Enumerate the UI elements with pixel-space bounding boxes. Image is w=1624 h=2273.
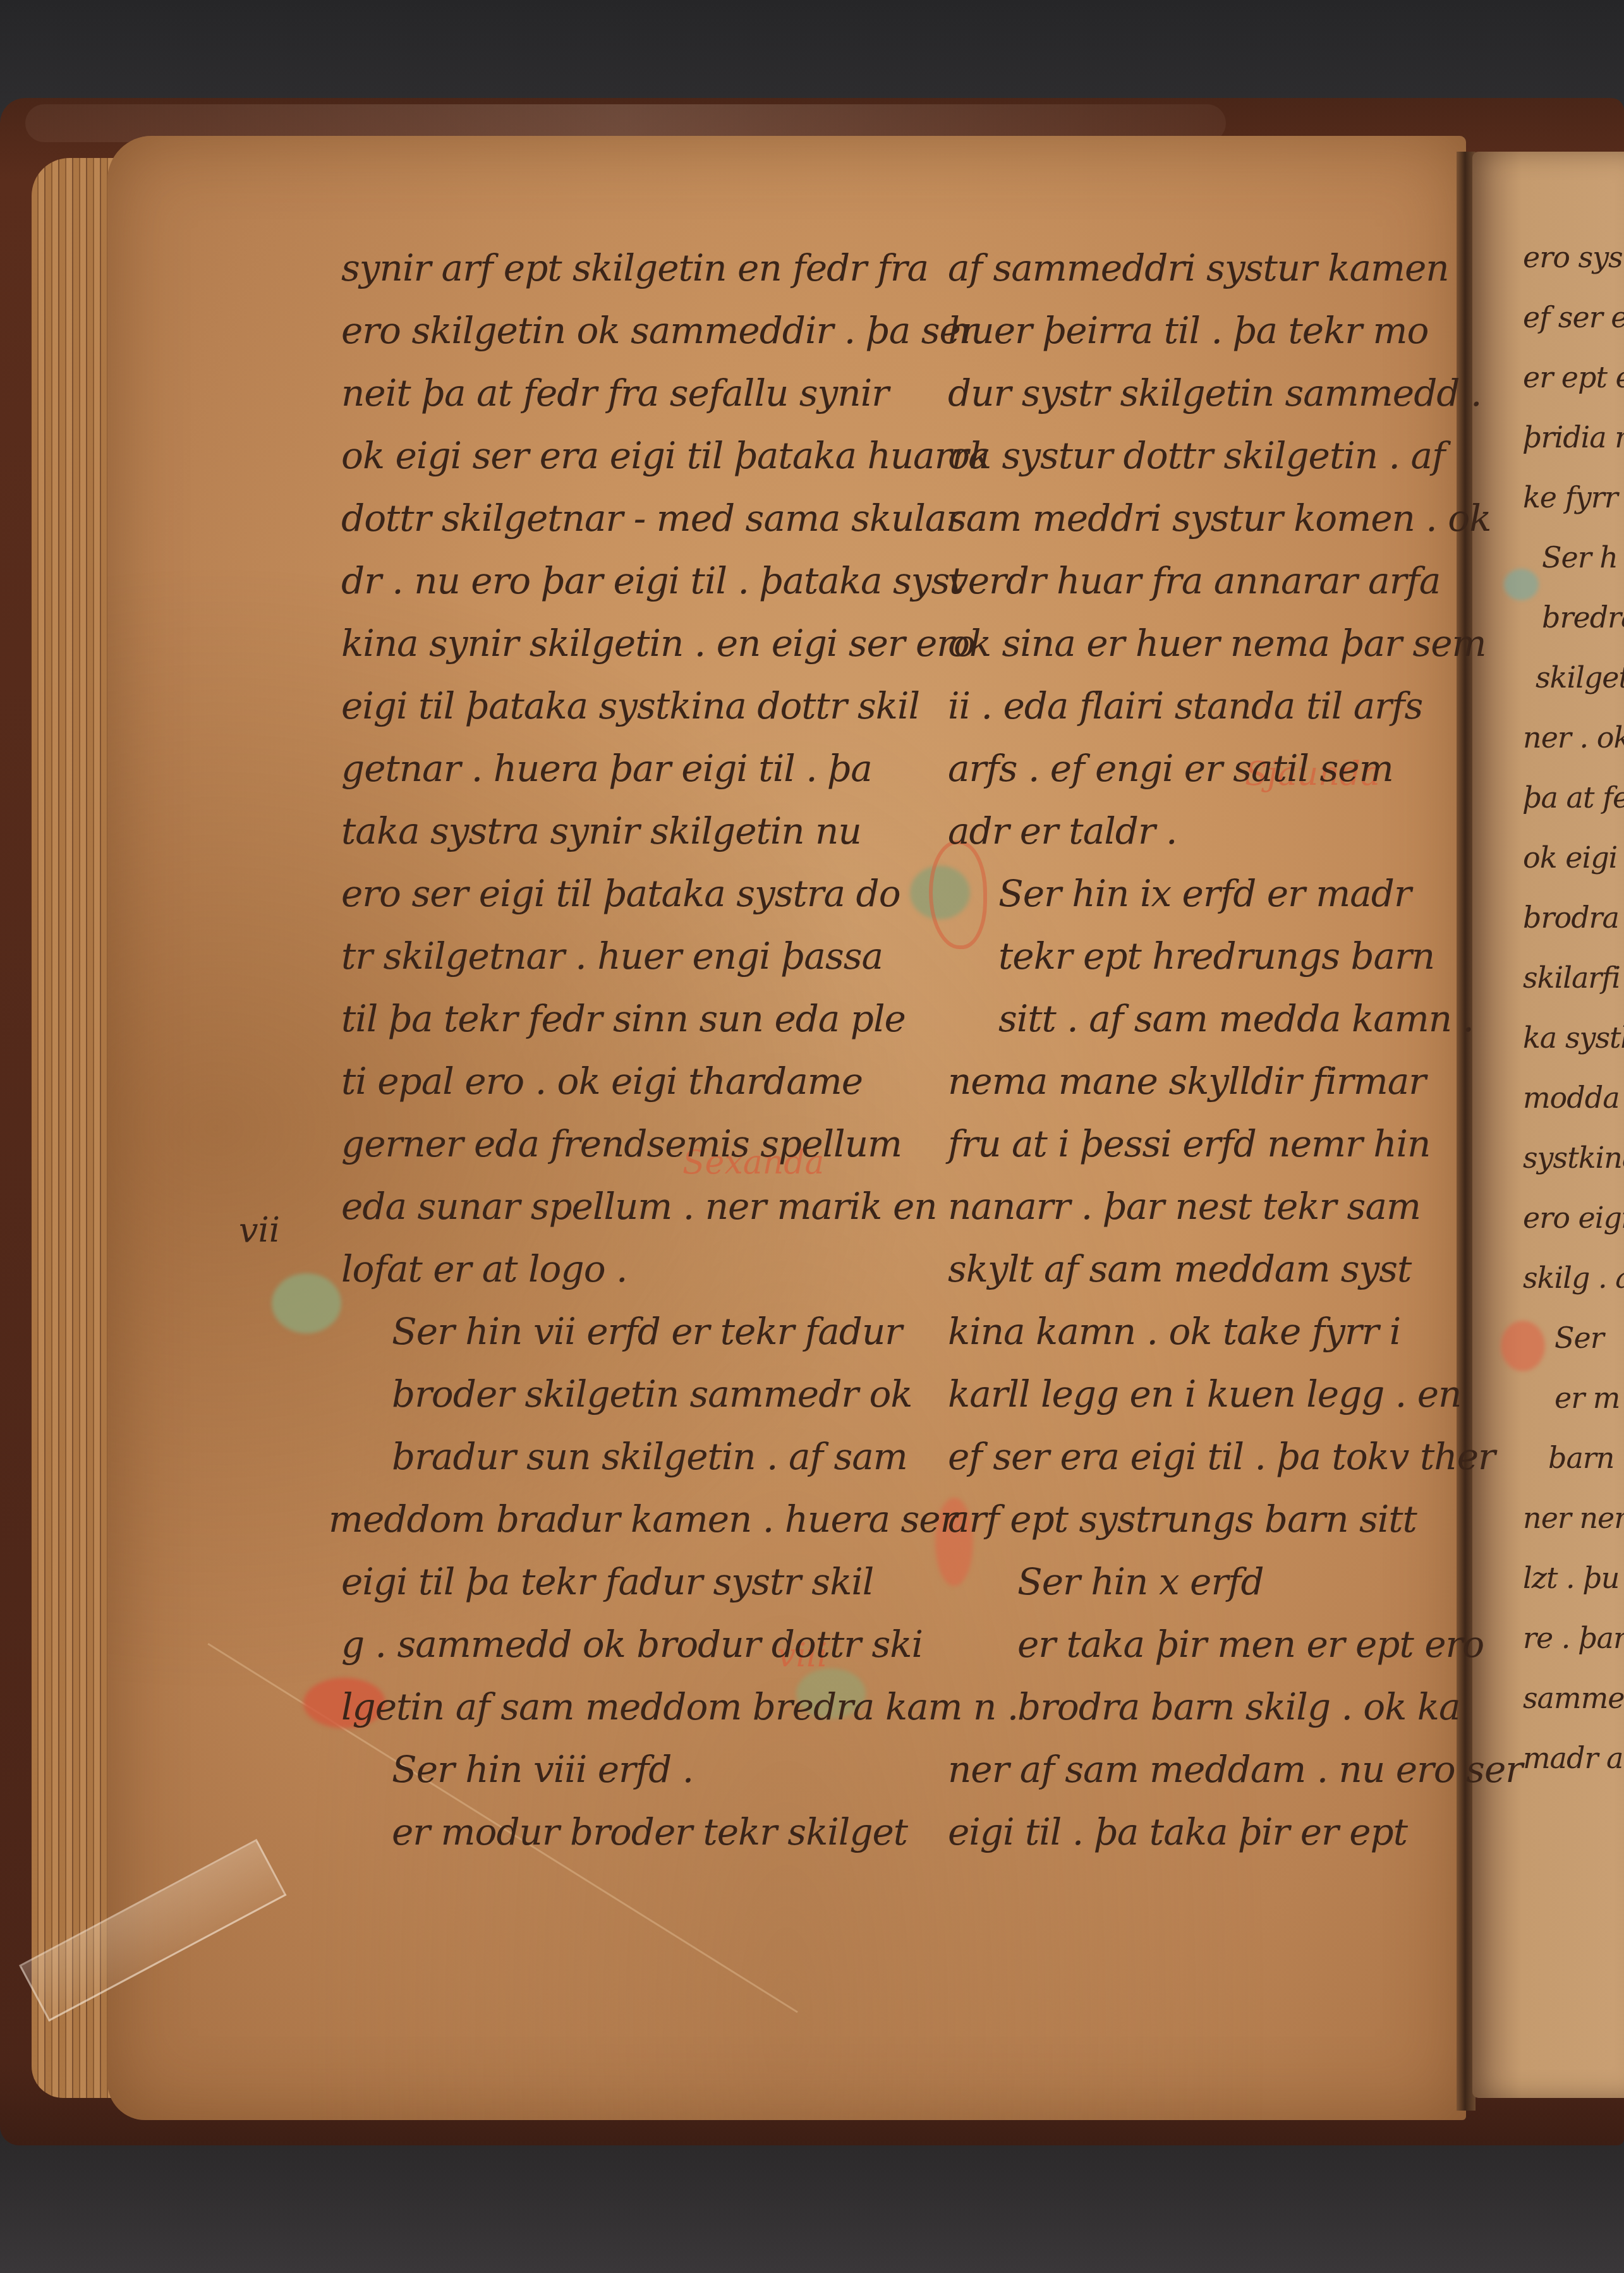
text-line: brodra d (1523, 888, 1624, 948)
text-line: ok systur dottr skilgetin . af (948, 425, 1522, 487)
section-heading-line: Ser hin viii erfd . (341, 1738, 1018, 1801)
section-heading-line: Ser hin vii erfd er tekr fadur (341, 1300, 1018, 1363)
text-line: skilg . af (1523, 1248, 1624, 1308)
text-line: ok eigi ser era eigi til þataka huarra (341, 425, 1018, 487)
text-line: tr skilgetnar . huer engi þassa (341, 925, 1018, 988)
text-line: adr er taldr . (948, 800, 1522, 863)
green-initial-blot (272, 1273, 341, 1333)
text-line: arf ept systrungs barn sitt (948, 1488, 1522, 1551)
text-line: er taka þir men er ept ero (948, 1613, 1522, 1676)
text-line: bradur sun skilgetin . af sam (341, 1426, 1018, 1488)
text-line: madr a (1523, 1728, 1624, 1788)
text-line: dottr skilgetnar - med sama skular (341, 487, 1018, 550)
text-line: skilarfi (1523, 948, 1624, 1008)
text-line: skilgetin (1523, 648, 1624, 708)
text-line: skylt af sam meddam syst (948, 1238, 1522, 1300)
text-line: sam meddri systur komen . ok (948, 487, 1522, 550)
text-line: þridia m (1523, 408, 1624, 468)
text-line: neit þa at fedr fra sefallu synir (341, 362, 1018, 425)
section-heading-line: Ser hin x erfd (948, 1551, 1522, 1613)
text-line: ti epal ero . ok eigi thardame (341, 1050, 1018, 1113)
margin-numeral: vii (239, 1210, 280, 1250)
text-line: dur systr skilgetin sammedd . (948, 362, 1522, 425)
text-line: nema mane skylldir firmar (948, 1050, 1522, 1113)
text-line: brodra barn skilg . ok ka (948, 1676, 1522, 1738)
text-line: ii . eda flairi standa til arfs (948, 675, 1522, 737)
text-line: ok sina er huer nema þar sem (948, 612, 1522, 675)
text-line: synir arf ept skilgetin en fedr fra (341, 237, 1018, 300)
text-line: fru at i þessi erfd nemr hin (948, 1113, 1522, 1175)
text-line: gerner eda frendsemis spellum (341, 1113, 1018, 1175)
text-line: arfs . ef engi er satil sem (948, 737, 1522, 800)
text-line: af sammeddri systur kamen (948, 237, 1522, 300)
text-line: ef ser era eigi til . þa tokv ther (948, 1426, 1522, 1488)
section-heading-line: Ser hin ix erfd er madr (948, 863, 1522, 925)
text-line: kina kamn . ok take fyrr i (948, 1300, 1522, 1363)
text-line: karll legg en i kuen legg . en (948, 1363, 1522, 1426)
text-column-left: synir arf ept skilgetin en fedr fra ero … (341, 237, 1018, 1864)
text-line: ner nem (1523, 1488, 1624, 1548)
text-line: eigi til . þa taka þir er ept (948, 1801, 1522, 1864)
text-line: ok eigi ser (1523, 828, 1624, 888)
text-line: barn (1523, 1428, 1624, 1488)
text-line: eigi til þataka systkina dottr skil (341, 675, 1018, 737)
text-line: ero syst (1523, 227, 1624, 288)
text-line: taka systra synir skilgetin nu (341, 800, 1018, 863)
text-line: er modur broder tekr skilget (341, 1801, 1018, 1864)
text-line: lgetin af sam meddom bredra kam n . (341, 1676, 1018, 1738)
text-line: ero ser eigi til þataka systra do (341, 863, 1018, 925)
text-line: til þa tekr fedr sinn sun eda ple (341, 988, 1018, 1050)
text-line: ero eigi t (1523, 1188, 1624, 1248)
text-line: bredra (1523, 588, 1624, 648)
text-line: ero skilgetin ok sammeddir . þa ser (341, 300, 1018, 362)
text-line: getnar . huera þar eigi til . þa (341, 737, 1018, 800)
text-line: ner . ok sa (1523, 708, 1624, 768)
text-line: meddom bradur kamen . huera ser (329, 1488, 1018, 1551)
facing-page-text: ero syst ef ser era er ept er þridia m k… (1523, 227, 1624, 1788)
text-line: ner af sam meddam . nu ero ser (948, 1738, 1522, 1801)
text-line: lofat er at logo . (341, 1238, 1018, 1300)
text-line: er m (1523, 1368, 1624, 1428)
text-line: ka systk (1523, 1008, 1624, 1068)
text-line: Ser (1523, 1308, 1624, 1368)
text-line: nanarr . þar nest tekr sam (948, 1175, 1522, 1238)
background-bottom (0, 2130, 1624, 2273)
text-line: sitt . af sam medda kamn . (948, 988, 1522, 1050)
text-line: er ept er (1523, 348, 1624, 408)
text-line: g . sammedd ok brodur dottr ski (341, 1613, 1018, 1676)
text-line: verdr huar fra annarar arfa (948, 550, 1522, 612)
text-line: huer þeirra til . þa tekr mo (948, 300, 1522, 362)
text-line: broder skilgetin sammedr ok (341, 1363, 1018, 1426)
text-line: systkina (1523, 1128, 1624, 1188)
text-line: kina synir skilgetin . en eigi ser ero (341, 612, 1018, 675)
text-line: dr . nu ero þar eigi til . þataka syst (341, 550, 1018, 612)
text-line: tekr ept hredrungs barn (948, 925, 1522, 988)
text-line: ef ser era (1523, 288, 1624, 348)
text-line: þa at fed (1523, 768, 1624, 828)
text-line: modda (1523, 1068, 1624, 1128)
text-line: re . þarr (1523, 1608, 1624, 1668)
text-line: eda sunar spellum . ner marik en (341, 1175, 1018, 1238)
text-column-right: af sammeddri systur kamen huer þeirra ti… (948, 237, 1522, 1864)
text-line: eigi til þa tekr fadur systr skil (341, 1551, 1018, 1613)
text-line: lzt . þu (1523, 1548, 1624, 1608)
text-line: Ser h (1523, 528, 1624, 588)
text-line: ke fyrr u (1523, 468, 1624, 528)
text-line: sammed (1523, 1668, 1624, 1728)
